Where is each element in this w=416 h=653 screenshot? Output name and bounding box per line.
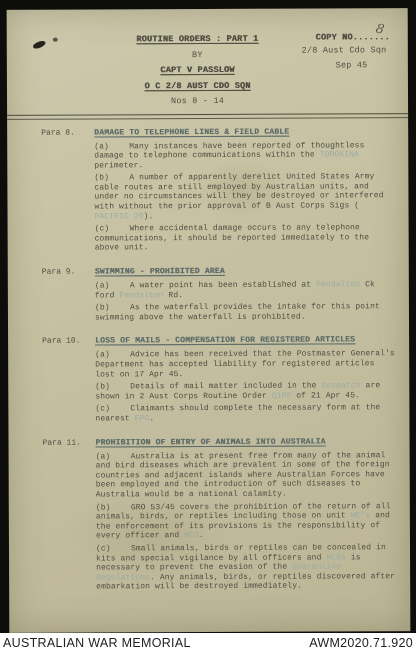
body-text: ). [144,212,154,221]
faded-word: FPO [135,414,150,423]
scan-stage: ROUTINE ORDERS : PART 1 BY CAPT V PASSLO… [0,0,416,653]
item-marker: (b) [95,383,130,393]
horizontal-rule [7,113,408,120]
order-numbers: Nos 8 - 14 [0,93,398,110]
item-marker: (c) [95,405,130,415]
paragraph-item: (a)A water point has been established at… [95,280,397,301]
body-text: A water point has been established at [130,281,316,291]
paper-stain [69,489,229,580]
item-marker: (b) [94,174,129,184]
copy-number-line: COPY NO....... 8 [316,32,390,42]
header-right-block: COPY NO....... 8 2/8 Aust Cdo Sqn Sep 45 [316,32,390,70]
faded-word: Pendalton [119,291,163,300]
faded-word: PACIFIC 29 [95,212,144,221]
faded-word: Q108 [272,391,292,400]
body-text: Advice has been received that the Postma… [95,350,395,379]
body-text: Rd. [163,291,183,300]
document-header: ROUTINE ORDERS : PART 1 BY CAPT V PASSLO… [7,8,408,110]
paragraph: Para 10.LOSS OF MAILS - COMPENSATION FOR… [42,336,397,428]
item-marker: (a) [94,142,129,152]
paragraph-body: SWIMMING - PROHIBITED AREA(a)A water poi… [95,266,397,326]
item-marker: (c) [95,225,130,235]
item-marker: (a) [96,452,131,462]
body-text: perimeter. [94,161,143,170]
footer-accession-number: AWM2020.71.920 [309,636,413,650]
item-marker: (b) [95,304,130,314]
officer-role: O C 2/8 AUST CDO SQN [0,78,398,95]
item-marker: (a) [95,281,130,291]
body-text: As the waterfall provides the intake for… [95,302,380,322]
paragraph-heading: LOSS OF MAILS - COMPENSATION FOR REGISTE… [95,336,397,346]
paragraph-heading: DAMAGE TO TELEPHONE LINES & FIELD CABLE [94,127,396,137]
body-text: of 21 Apr 45. [291,391,360,400]
paragraph-heading: PROHIBITION OF ENTRY OF ANIMALS INTO AUS… [96,437,398,447]
paragraph-label: Para 9. [42,268,95,327]
faded-word: WE's [351,511,371,520]
paragraph-item: (b)As the waterfall provides the intake … [95,302,397,323]
paragraph-item: (c)Claimants should complete the necessa… [95,404,397,425]
paragraph-item: (b)Details of mail matter included in th… [95,381,397,402]
catalog-footer: AUSTRALIAN WAR MEMORIAL AWM2020.71.920 [0,633,416,653]
paragraph-item: (a)Advice has been received that the Pos… [95,350,397,380]
faded-word: despatch [321,382,360,391]
paragraph: Para 9.SWIMMING - PROHIBITED AREA(a)A wa… [42,266,397,326]
item-marker: (a) [95,351,130,361]
document-date: Sep 45 [316,60,390,70]
faded-word: Pendalton [316,280,360,289]
paragraph-body: LOSS OF MAILS - COMPENSATION FOR REGISTE… [95,336,397,427]
paper-stain [197,159,287,219]
body-text: Where accidental damage occurs to any te… [95,224,369,253]
document-page: ROUTINE ORDERS : PART 1 BY CAPT V PASSLO… [7,8,411,633]
unit-name: 2/8 Aust Cdo Sqn [302,45,390,55]
body-text: . [149,414,154,423]
paragraph-item: (c)Where accidental damage occurs to any… [95,223,397,253]
paragraph-label: Para 10. [42,337,95,427]
footer-institution: AUSTRALIAN WAR MEMORIAL [3,636,191,650]
faded-word: NCOs [326,553,346,562]
body-text: Details of mail matter included in the [130,382,321,392]
paragraph-heading: SWIMMING - PROHIBITED AREA [95,266,397,276]
faded-word: TOROKINA [320,150,359,159]
paragraph-label: Para 8. [41,128,95,257]
